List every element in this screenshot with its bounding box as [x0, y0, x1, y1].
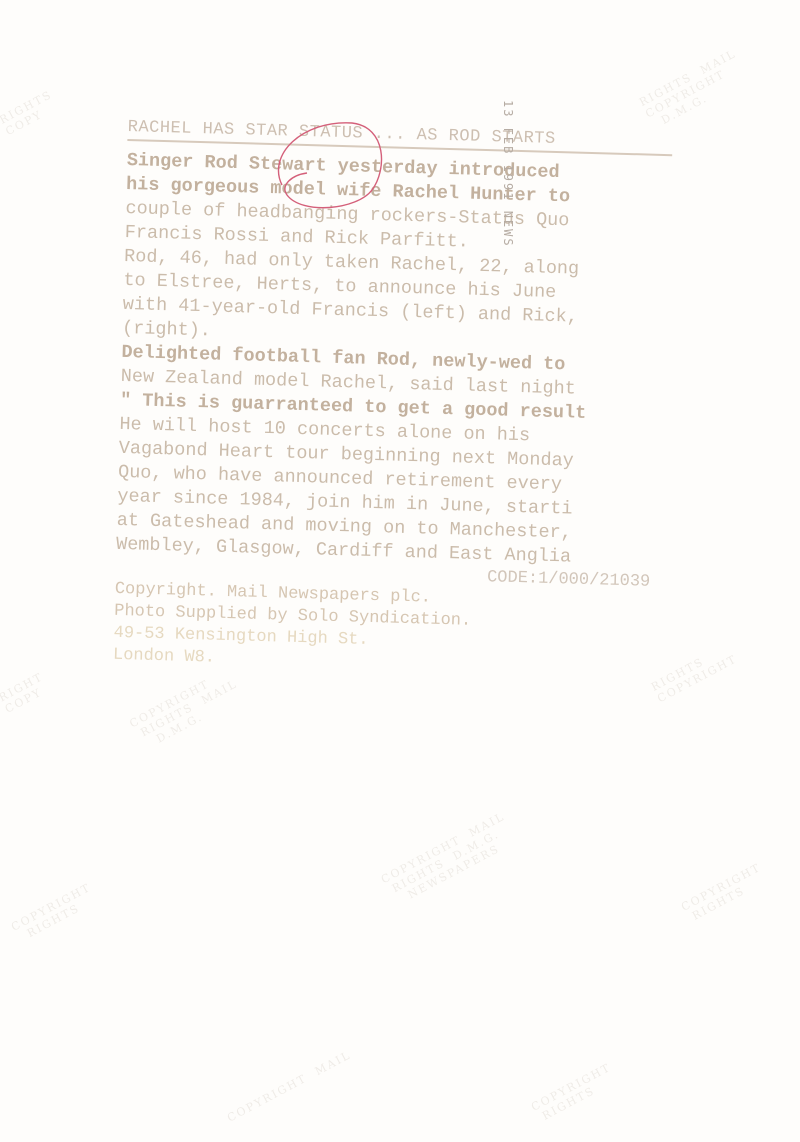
caption-block: RACHEL HAS STAR STATUS ... AS ROD STARTS… — [113, 118, 688, 682]
watermark-stamp: COPYRIGHT RIGHTS MAIL D.M.G. — [127, 666, 245, 754]
watermark-stamp: COPYRIGHT RIGHTS — [9, 881, 99, 945]
watermark-stamp: RIGHT COPY — [0, 670, 52, 716]
watermark-stamp: COPYRIGHT MAIL — [225, 1048, 353, 1124]
date-stamp: 13 FEB 1991 NEWS — [501, 100, 515, 248]
pen-circle-mark — [262, 115, 392, 215]
watermark-stamp: RIGHTS MAIL COPYRIGHT D.M.G. — [637, 47, 750, 132]
watermark-stamp: RIGHTS COPY — [0, 88, 61, 138]
watermark-stamp: COPYRIGHT MAIL RIGHTS D.M.G. NEWSPAPERS — [379, 810, 519, 909]
watermark-stamp: COPYRIGHT RIGHTS — [529, 1061, 619, 1125]
watermark-stamp: COPYRIGHT RIGHTS — [679, 861, 769, 925]
